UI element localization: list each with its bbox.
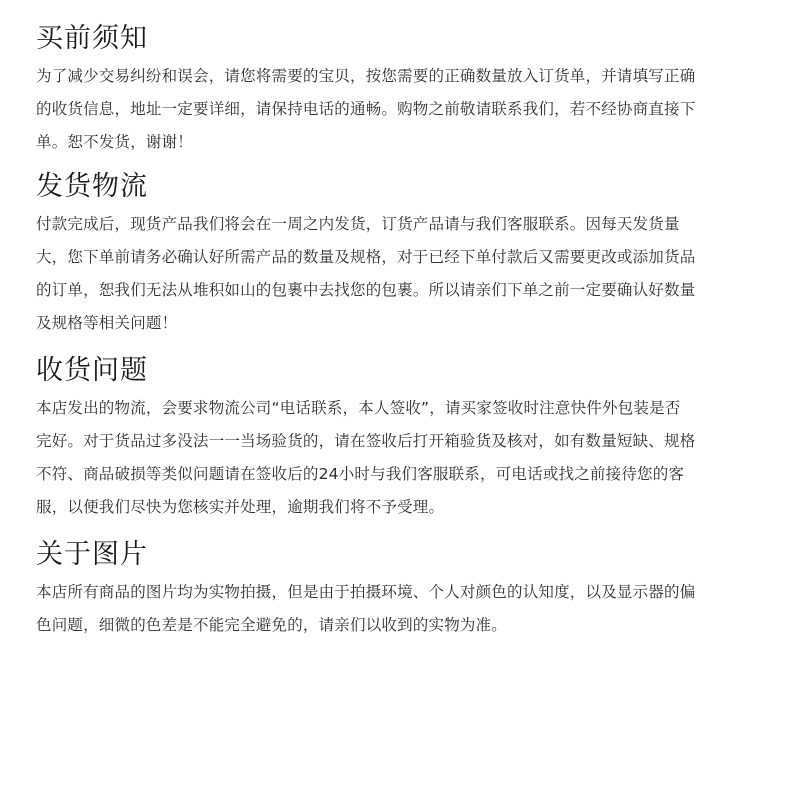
section-body: 本店所有商品的图片均为实物拍摄，但是由于拍摄环境、个人对颜色的认知度，以及显示器… — [36, 576, 766, 642]
section-title: 关于图片 — [36, 538, 766, 572]
body-line: 完好。对于货品过多没法一一当场验货的，请在签收后打开箱验货及核对，如有数量短缺、… — [36, 425, 766, 458]
body-line: 的收货信息，地址一定要详细，请保持电话的通畅。购物之前敬请联系我们，若不经协商直… — [36, 93, 766, 126]
section-title: 发货物流 — [36, 170, 766, 204]
body-line: 大，您下单前请务必确认好所需产品的数量及规格，对于已经下单付款后又需要更改或添加… — [36, 241, 766, 274]
body-line: 本店所有商品的图片均为实物拍摄，但是由于拍摄环境、个人对颜色的认知度，以及显示器… — [36, 576, 766, 609]
section-body: 本店发出的物流，会要求物流公司“电话联系，本人签收”，请买家签收时注意快件外包装… — [36, 392, 766, 524]
body-line: 及规格等相关问题！ — [36, 307, 766, 340]
section-about-images: 关于图片 本店所有商品的图片均为实物拍摄，但是由于拍摄环境、个人对颜色的认知度，… — [36, 538, 766, 642]
body-line: 服，以便我们尽快为您核实并处理，逾期我们将不予受理。 — [36, 491, 766, 524]
body-line: 不符、商品破损等类似问题请在签收后的24小时与我们客服联系，可电话或找之前接待您… — [36, 458, 766, 491]
section-body: 付款完成后，现货产品我们将会在一周之内发货，订货产品请与我们客服联系。因每天发货… — [36, 208, 766, 340]
section-title: 收货问题 — [36, 354, 766, 388]
section-before-purchase: 买前须知 为了减少交易纠纷和误会，请您将需要的宝贝，按您需要的正确数量放入订货单… — [36, 22, 766, 159]
section-shipping-logistics: 发货物流 付款完成后，现货产品我们将会在一周之内发货，订货产品请与我们客服联系。… — [36, 170, 766, 340]
body-line: 的订单，恕我们无法从堆积如山的包裹中去找您的包裹。所以请亲们下单之前一定要确认好… — [36, 274, 766, 307]
section-title: 买前须知 — [36, 22, 766, 56]
section-receiving-issues: 收货问题 本店发出的物流，会要求物流公司“电话联系，本人签收”，请买家签收时注意… — [36, 354, 766, 524]
body-line: 付款完成后，现货产品我们将会在一周之内发货，订货产品请与我们客服联系。因每天发货… — [36, 208, 766, 241]
body-line: 色问题，细微的色差是不能完全避免的，请亲们以收到的实物为准。 — [36, 609, 766, 642]
body-line: 单。恕不发货，谢谢！ — [36, 126, 766, 159]
section-body: 为了减少交易纠纷和误会，请您将需要的宝贝，按您需要的正确数量放入订货单，并请填写… — [36, 60, 766, 159]
body-line: 本店发出的物流，会要求物流公司“电话联系，本人签收”，请买家签收时注意快件外包装… — [36, 392, 766, 425]
body-line: 为了减少交易纠纷和误会，请您将需要的宝贝，按您需要的正确数量放入订货单，并请填写… — [36, 60, 766, 93]
